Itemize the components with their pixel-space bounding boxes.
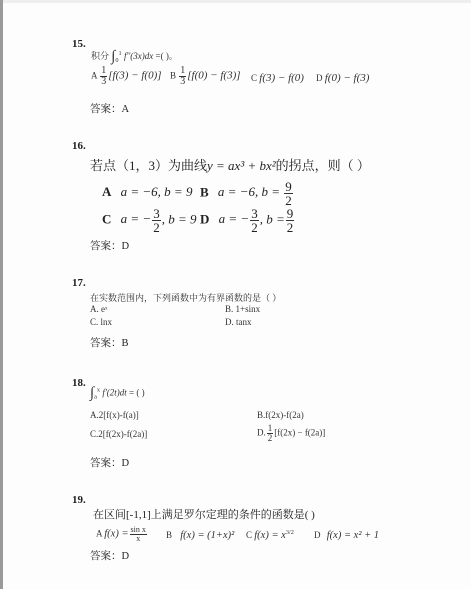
option-b: B. 1+sinx bbox=[225, 304, 260, 314]
option-b: B a = −6, b = 92 bbox=[200, 180, 294, 207]
question-stem: ∫ax f′(2t)dt = ( ) bbox=[90, 386, 145, 401]
question-stem: 若点（1，3）为曲线y = ax³ + bx²的拐点，则（ ） bbox=[90, 155, 370, 174]
option-c: C a = −32, b = 9 bbox=[102, 207, 196, 234]
answer: 答案：D bbox=[90, 238, 129, 253]
question-number: 18. bbox=[72, 377, 86, 389]
question-stem: 在区间[-1,1]上满足罗尔定理的条件的函数是( ) bbox=[93, 506, 315, 522]
option-d: D f(x) = x² + 1 bbox=[314, 530, 379, 541]
option-a: A f(x) =sin xx bbox=[96, 526, 148, 543]
question-number: 16. bbox=[72, 140, 86, 152]
question-number: 17. bbox=[72, 277, 86, 289]
answer: 答案：B bbox=[90, 335, 129, 350]
option-c: C f(x) = x3/2 bbox=[246, 530, 294, 541]
option-d: D.12[f(2x) − f(2a)] bbox=[257, 424, 325, 443]
answer: 答案：D bbox=[90, 548, 129, 563]
question-number: 19. bbox=[72, 494, 86, 506]
question-number: 15. bbox=[72, 38, 86, 50]
option-a: A.2[f(x)-f(a)] bbox=[90, 410, 139, 420]
question-stem: 在实数范围内，下列函数中为有界函数的是（ ） bbox=[90, 291, 281, 304]
option-a: A 13[f(3) − f(0)] bbox=[91, 66, 162, 87]
option-d: D. tanx bbox=[225, 317, 252, 327]
option-d: D f(0) − f(3) bbox=[316, 72, 369, 84]
option-a: A. eˣ bbox=[90, 304, 108, 314]
option-c: C. lnx bbox=[90, 317, 112, 327]
answer: 答案：A bbox=[90, 101, 129, 116]
page-left-border bbox=[0, 0, 3, 589]
option-c: C.2[f(2x)-f(2a)] bbox=[90, 429, 147, 439]
question-stem: 积分 ∫01 f''(3x)dx =( )。 bbox=[91, 49, 178, 64]
option-b: B.f(2x)-f(2a) bbox=[257, 410, 304, 420]
option-d: D a = −32, b =92 bbox=[200, 207, 295, 234]
answer: 答案：D bbox=[90, 455, 129, 470]
page-top-band bbox=[0, 0, 471, 3]
option-b: B 13[f(0) − f(3)] bbox=[170, 66, 241, 87]
option-a: A a = −6, b = 9 bbox=[102, 184, 192, 200]
option-b: B f(x) = (1+x)² bbox=[166, 530, 234, 541]
option-c: C f(3) − f(0) bbox=[251, 72, 304, 84]
